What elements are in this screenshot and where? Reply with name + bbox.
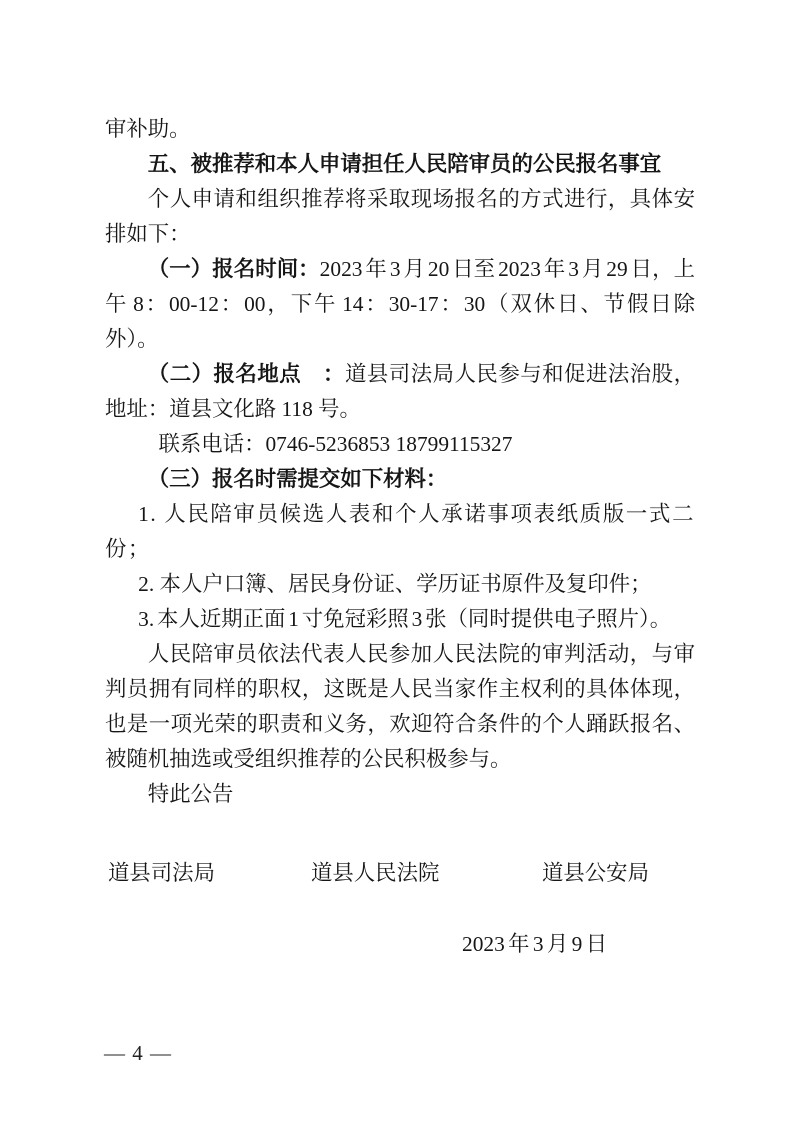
section-heading-five: 五、被推荐和本人申请担任人民陪审员的公民报名事宜: [105, 147, 695, 182]
paragraph-hereby-announced: 特此公告: [105, 777, 695, 812]
item-two-label: （二）报名地点 ：: [148, 362, 345, 386]
item-one-label: （一）报名时间：: [148, 257, 320, 281]
contact-phone-line: 联系电话：0746-5236853 18799115327: [105, 427, 695, 462]
page-number: — 4 —: [104, 1041, 172, 1066]
document-date: 2023 年 3 月 9 日: [462, 927, 607, 958]
item-registration-place: （二）报名地点 ：道县司法局人民参与和促进法治股，地址：道县文化路 118 号。: [105, 357, 695, 427]
signature-public-security-bureau: 道县公安局: [542, 856, 649, 887]
signature-row: 道县司法局 道县人民法院 道县公安局: [0, 856, 793, 886]
signature-peoples-court: 道县人民法院: [311, 856, 439, 887]
paragraph-intro: 个人申请和组织推荐将采取现场报名的方式进行，具体安排如下：: [105, 182, 695, 252]
material-item-2: 2. 本人户口簿、居民身份证、学历证书原件及复印件；: [105, 567, 695, 602]
material-item-1: 1. 人民陪审员候选人表和个人承诺事项表纸质版一式二份；: [105, 497, 695, 567]
paragraph-continuation: 审补助。: [105, 112, 695, 147]
paragraph-closing: 人民陪审员依法代表人民参加人民法院的审判活动，与审判员拥有同样的职权，这既是人民…: [105, 637, 695, 777]
document-body: 审补助。 五、被推荐和本人申请担任人民陪审员的公民报名事宜 个人申请和组织推荐将…: [105, 112, 695, 812]
signature-justice-bureau: 道县司法局: [108, 856, 215, 887]
material-item-3: 3. 本人近期正面 1 寸免冠彩照 3 张（同时提供电子照片）。: [105, 602, 695, 637]
document-page: 审补助。 五、被推荐和本人申请担任人民陪审员的公民报名事宜 个人申请和组织推荐将…: [0, 0, 793, 1122]
item-registration-time: （一）报名时间：2023 年 3 月 20 日至 2023 年 3 月 29 日…: [105, 252, 695, 357]
item-materials-heading: （三）报名时需提交如下材料：: [105, 462, 695, 497]
